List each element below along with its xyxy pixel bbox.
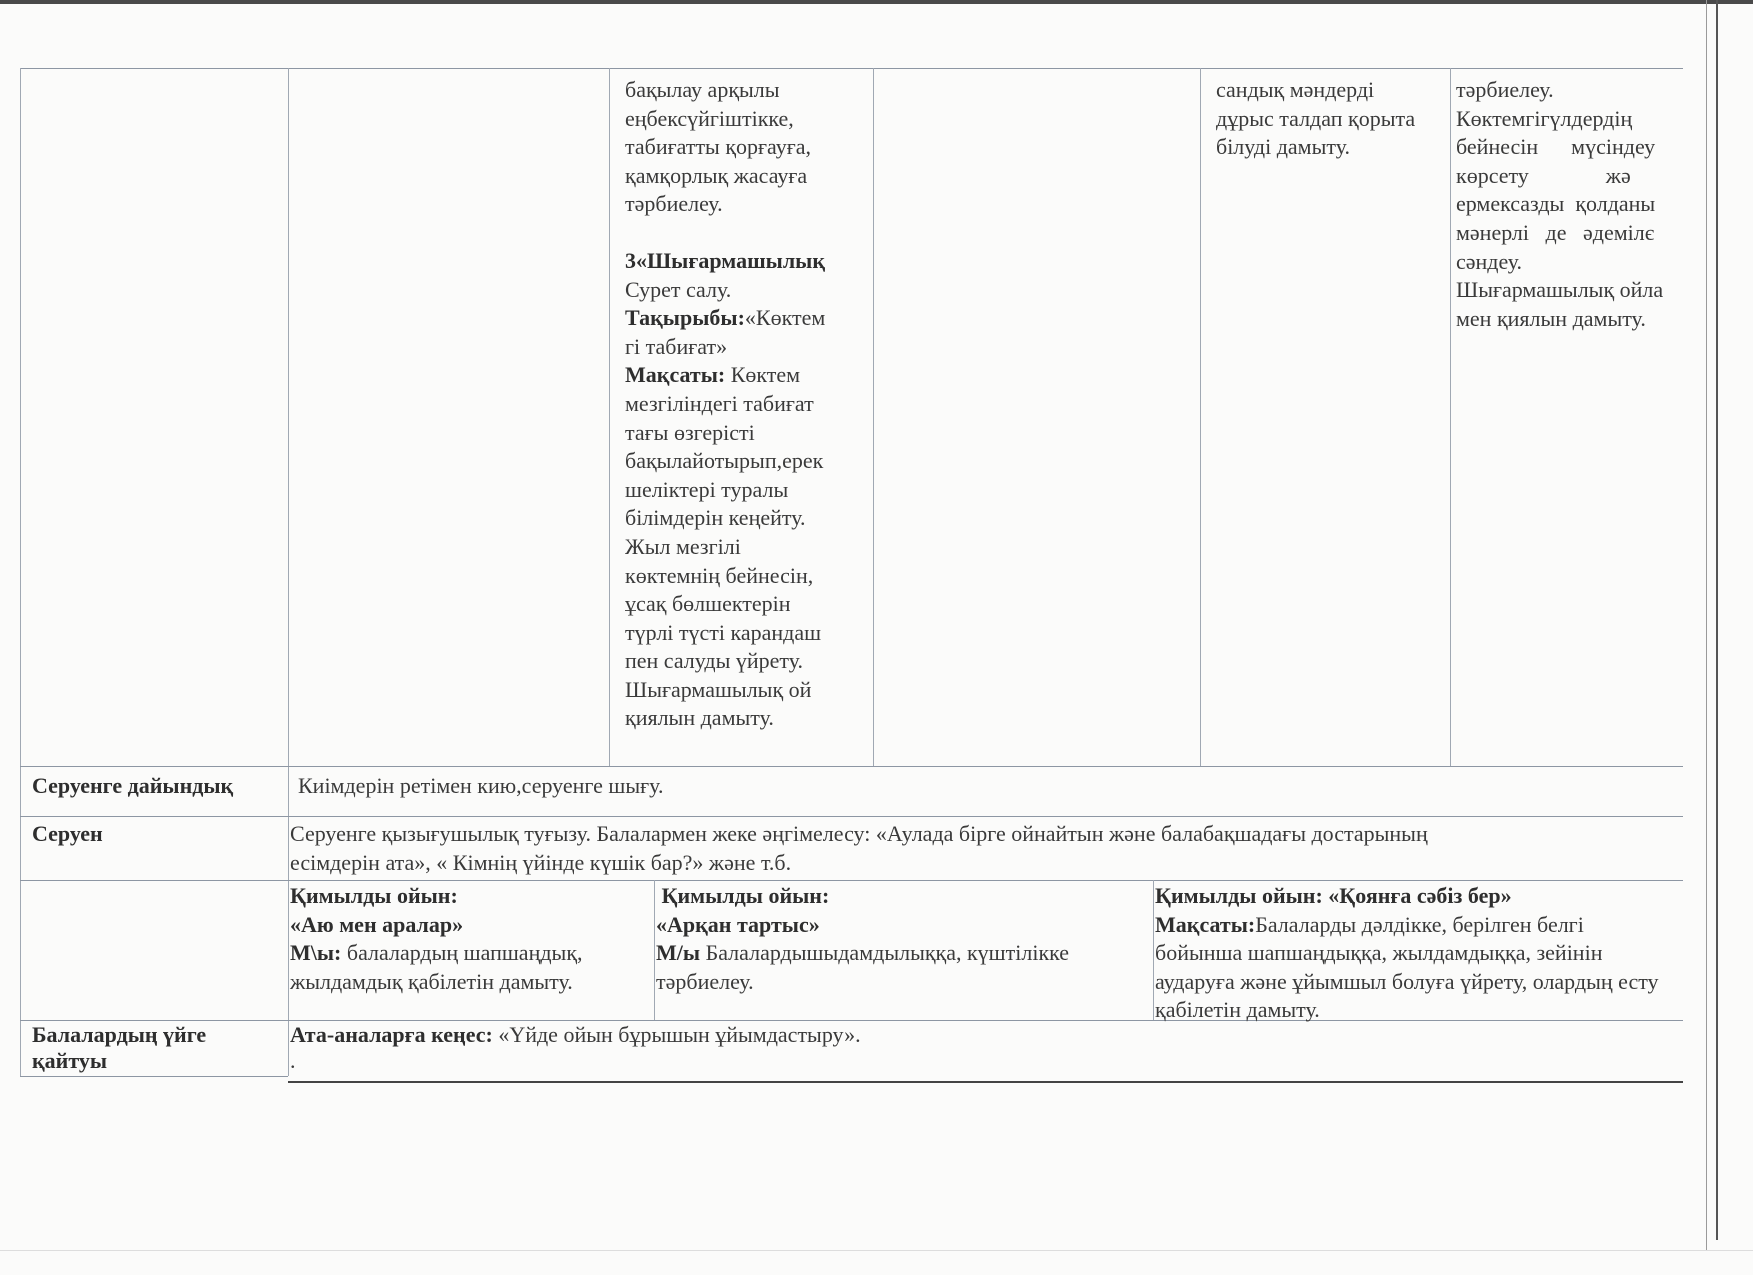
text-line: Шығармашылық ой (625, 676, 867, 705)
cell-col5: сандық мәндердідұрыс талдап қорытабілуді… (1208, 72, 1453, 166)
activity-topic: Тақырыбы:«Көктем (625, 304, 867, 333)
activity-type: Сурет салу. (625, 276, 867, 305)
text-line: көрсету жә (1456, 162, 1680, 191)
game-title: Қимылды ойын: (656, 882, 1145, 911)
text-line: тәрбиелеу. (1456, 76, 1680, 105)
text-line: бақылау арқылы (625, 76, 867, 105)
game-title: Қимылды ойын: (290, 882, 646, 911)
text-line: тағы өзгерісті (625, 419, 867, 448)
activity-intro: бақылау арқылы еңбексүйгіштікке, табиғат… (625, 76, 867, 219)
text-line: мезгіліндегі табиғат (625, 390, 867, 419)
going-home-text: Ата-аналарға кеңес: «Үйде ойын бұрышын ұ… (288, 1018, 1683, 1078)
table-left-border (20, 68, 21, 1076)
goal-lines: мезгіліндегі табиғаттағы өзгерістібақыла… (625, 390, 867, 733)
topic-value: «Көктем (745, 305, 825, 330)
row-label-walk-prep: Серуенге дайындық (24, 762, 286, 805)
game-title: Қимылды ойын: «Қоянға сәбіз бер» (1155, 882, 1675, 911)
advice-label: Ата-аналарға кеңес: (290, 1022, 493, 1047)
topic-value-cont: гі табиғат» (625, 333, 867, 362)
col-divider-2 (609, 68, 610, 766)
topic-label: Тақырыбы: (625, 305, 745, 330)
col-divider-4 (1200, 68, 1201, 766)
trailing-dot: . (290, 1048, 1675, 1074)
game-goal-text: Балалардышыдамдылыққа, күштілікке тәрбие… (656, 940, 1069, 994)
game-3: Қимылды ойын: «Қоянға сәбіз бер» Мақсаты… (1153, 878, 1683, 1029)
row-label-going-home: Балалардың үйге қайтуы (24, 1018, 286, 1078)
game-2: Қимылды ойын: «Арқан тартыс» М/ы Балалар… (654, 878, 1153, 1000)
text-line: еңбексүйгіштікке, (625, 105, 867, 134)
walk-line-2: есімдерін ата», « Кімнің үйінде күшік ба… (290, 849, 1675, 878)
text-line: білуді дамыту. (1216, 133, 1445, 162)
text-line: тәрбиелеу. (625, 190, 867, 219)
advice-text: «Үйде ойын бұрышын ұйымдастыру». (493, 1022, 861, 1047)
walk-line-1: Серуенге қызығушылық туғызу. Балалармен … (290, 820, 1675, 849)
table-bottom-border (288, 1081, 1683, 1083)
text-line: сәндеу. (1456, 248, 1680, 277)
text-line: мәнерлі де әдемілє (1456, 219, 1680, 248)
text-line: ермексазды қолданы (1456, 190, 1680, 219)
activity-title: 3«Шығармашылық (625, 247, 867, 276)
text-line: мен қиялын дамыту. (1456, 305, 1680, 334)
walk-text: Серуенге қызығушылық туғызу. Балалармен … (288, 816, 1683, 881)
activity-goal: Мақсаты: Көктем (625, 361, 867, 390)
col-divider-5 (1450, 68, 1451, 766)
scan-top-edge (0, 0, 1753, 4)
text-line: табиғатты қорғауға, (625, 133, 867, 162)
col5-lines: сандық мәндердідұрыс талдап қорытабілуді… (1216, 76, 1445, 162)
text-line: Жыл мезгілі (625, 533, 867, 562)
text-line: пен салуды үйрету. (625, 647, 867, 676)
row-label-walk: Серуен (24, 816, 286, 853)
walk-prep-text: Киімдерін ретімен кию,серуенге шығу. (292, 762, 1682, 805)
text-line: Көктемгігүлдердің (1456, 105, 1680, 134)
text-line: қиялын дамыту. (625, 704, 867, 733)
text-line: қамқорлық жасауға (625, 162, 867, 191)
game-1: Қимылды ойын: «Аю мен аралар» М\ы: балал… (288, 878, 654, 1000)
goal-first: Көктем (725, 362, 800, 387)
cell-activities: бақылау арқылы еңбексүйгіштікке, табиғат… (617, 72, 875, 737)
col6-lines: тәрбиелеу.Көктемгігүлдердіңбейнесін мүсі… (1456, 76, 1680, 333)
label-line-1: Балалардың үйге (32, 1022, 278, 1048)
text-line: бейнесін мүсіндеу (1456, 133, 1680, 162)
text-line: бақылайотырып,ерек (625, 447, 867, 476)
cell-col6: тәрбиелеу.Көктемгігүлдердіңбейнесін мүсі… (1452, 72, 1688, 337)
game-name: «Арқан тартыс» (656, 911, 1145, 940)
text-line: білімдерін кеңейту. (625, 504, 867, 533)
text-line: көктемнің бейнесін, (625, 562, 867, 591)
game-goal-label: М/ы (656, 940, 700, 965)
page-edge (1716, 0, 1718, 1240)
text-line: түрлі түсті карандаш (625, 619, 867, 648)
page-edge-shadow (1706, 0, 1707, 1250)
text-line: Шығармашылық ойла (1456, 276, 1680, 305)
game-name: «Аю мен аралар» (290, 911, 646, 940)
game-goal-label: Мақсаты: (1155, 912, 1255, 937)
game-goal-label: М\ы: (290, 940, 341, 965)
text-line: ұсақ бөлшектерін (625, 590, 867, 619)
page-bottom-edge (0, 1250, 1753, 1251)
text-line: дұрыс талдап қорыта (1216, 105, 1445, 134)
goal-label: Мақсаты: (625, 362, 725, 387)
table-top-border (20, 68, 1683, 69)
text-line: шеліктері туралы (625, 476, 867, 505)
text-line: сандық мәндерді (1216, 76, 1445, 105)
label-line-2: қайтуы (32, 1048, 278, 1074)
